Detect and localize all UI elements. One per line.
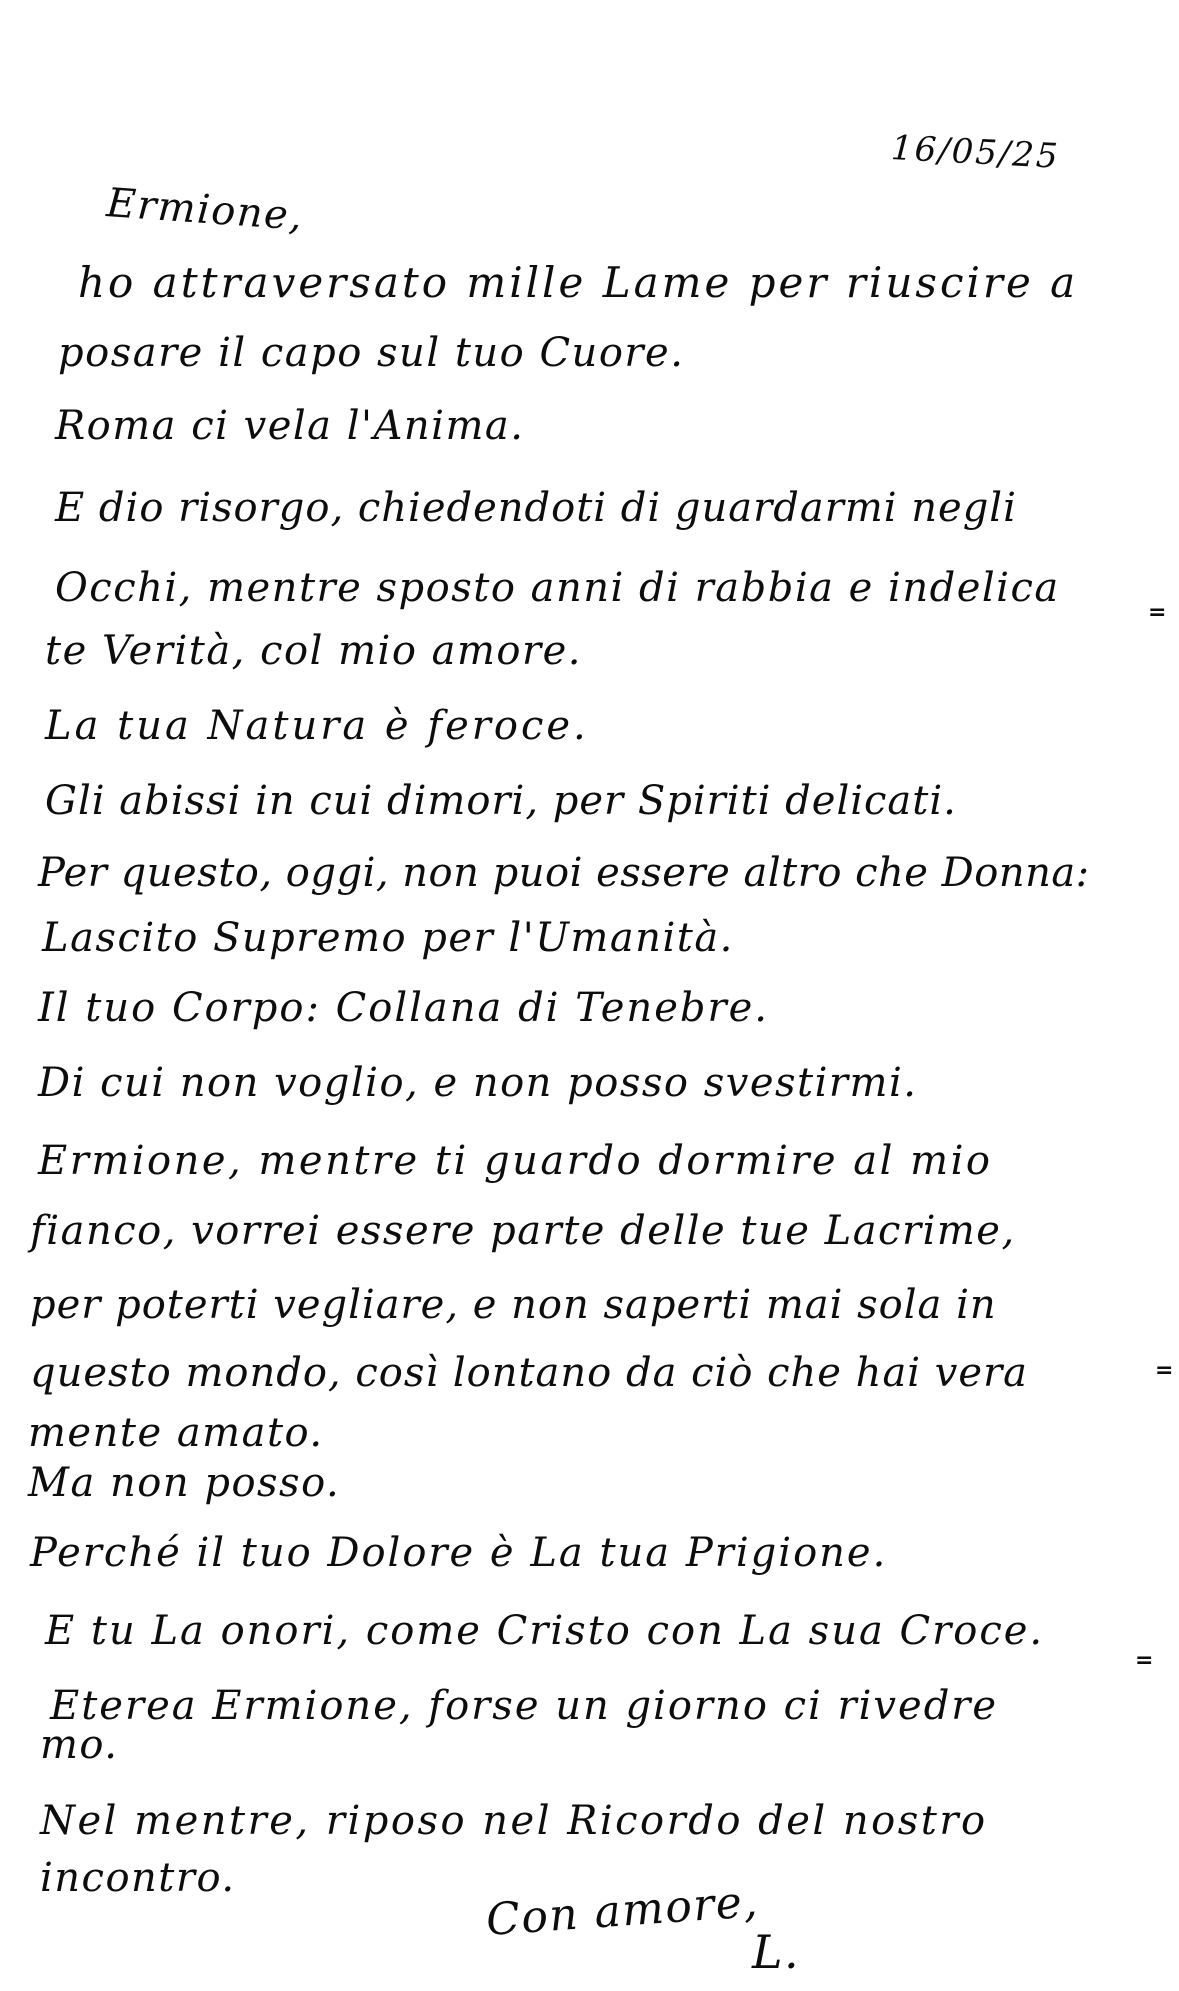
handwritten-letter-page: 16/05/25 Ermione, ho attraversato mille …	[0, 0, 1179, 1991]
letter-line: mo.	[40, 1722, 119, 1768]
letter-line: Lascito Supremo per l'Umanità.	[42, 915, 734, 961]
letter-line: Il tuo Corpo: Collana di Tenebre.	[38, 985, 769, 1031]
hyphenation-mark: =	[1155, 1358, 1173, 1383]
letter-line: La tua Natura è feroce.	[45, 703, 589, 749]
letter-date: 16/05/25	[890, 128, 1061, 177]
letter-line: Occhi, mentre sposto anni di rabbia e in…	[55, 565, 1060, 611]
letter-line: Perché il tuo Dolore è La tua Prigione.	[30, 1530, 887, 1576]
letter-line: ho attraversato mille Lame per riuscire …	[78, 258, 1078, 307]
letter-line: Ermione, mentre ti guardo dormire al mio	[38, 1138, 992, 1184]
letter-signature: L.	[752, 1925, 800, 1979]
letter-line: posare il capo sul tuo Cuore.	[58, 330, 684, 376]
letter-line: Per questo, oggi, non puoi essere altro …	[38, 850, 1090, 896]
letter-salutation: Ermione,	[105, 180, 305, 240]
hyphenation-mark: =	[1148, 600, 1166, 625]
letter-line: Ma non posso.	[28, 1460, 340, 1506]
letter-line: Gli abissi in cui dimori, per Spiriti de…	[45, 778, 957, 824]
letter-line: mente amato.	[28, 1410, 324, 1456]
letter-line: incontro.	[40, 1855, 236, 1901]
letter-closing: Con amore,	[484, 1876, 760, 1946]
letter-line: te Verità, col mio amore.	[45, 628, 582, 674]
letter-line: E dio risorgo, chiedendoti di guardarmi …	[55, 485, 1017, 531]
letter-line: Roma ci vela l'Anima.	[55, 403, 524, 449]
letter-line: E tu La onori, come Cristo con La sua Cr…	[45, 1608, 1044, 1654]
letter-line: Nel mentre, riposo nel Ricordo del nostr…	[40, 1798, 988, 1844]
letter-line: Eterea Ermione, forse un giorno ci rived…	[50, 1683, 998, 1729]
letter-line: fianco, vorrei essere parte delle tue La…	[30, 1208, 1016, 1254]
letter-line: Di cui non voglio, e non posso svestirmi…	[38, 1060, 917, 1106]
letter-line: per poterti vegliare, e non saperti mai …	[30, 1282, 997, 1328]
hyphenation-mark: =	[1135, 1648, 1153, 1673]
letter-line: questo mondo, così lontano da ciò che ha…	[30, 1350, 1028, 1396]
